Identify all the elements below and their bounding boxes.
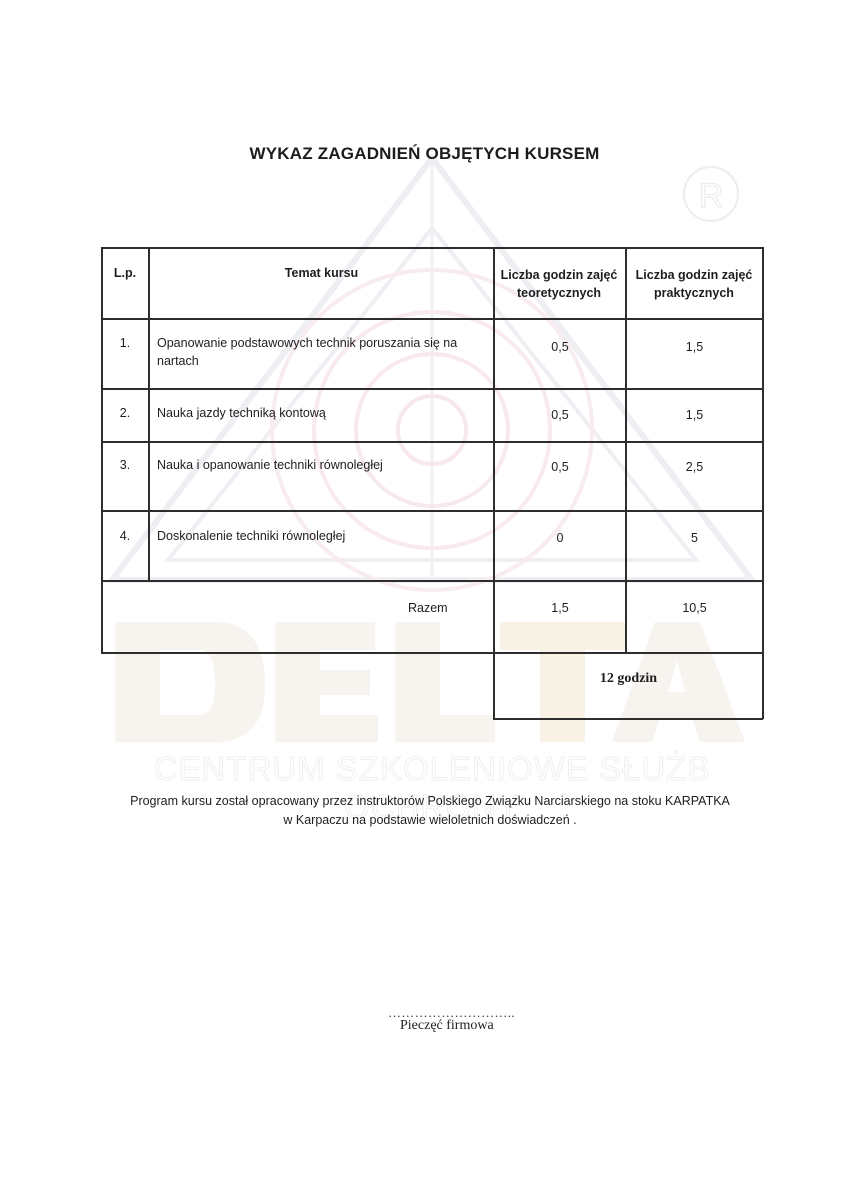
row-4-theory: 0 [494,529,626,547]
table-border-left [101,247,103,653]
table-divider [101,318,763,320]
table-divider [101,510,763,512]
row-2-theory: 0,5 [494,406,626,424]
row-4-topic: Doskonalenie techniki równoległej [157,527,487,545]
row-1-lp: 1. [101,334,149,352]
summary-theory: 1,5 [494,599,626,617]
table-divider [101,441,763,443]
table-border-right [762,247,764,719]
header-lp: L.p. [101,264,149,282]
row-4-practice: 5 [626,529,763,547]
grand-total: 12 godzin [494,670,763,688]
table-divider [101,580,763,582]
program-note: Program kursu został opracowany przez in… [100,792,760,830]
summary-label: Razem [408,599,488,617]
program-note-line-2: w Karpaczu na podstawie wieloletnich doś… [100,811,760,830]
row-2-lp: 2. [101,404,149,422]
table-divider [101,652,763,654]
row-3-practice: 2,5 [626,458,763,476]
row-3-topic: Nauka i opanowanie techniki równoległej [157,456,487,474]
summary-practice: 10,5 [626,599,763,617]
row-1-practice: 1,5 [626,338,763,356]
table-divider [493,247,495,719]
table-divider [625,247,627,653]
program-note-line-1: Program kursu został opracowany przez in… [100,792,760,811]
table-border-bottom [493,718,763,720]
header-topic: Temat kursu [149,264,494,282]
header-theory-hours: Liczba godzin zajęć teoretycznych [500,266,618,302]
header-practice-hours: Liczba godzin zajęć praktycznych [632,266,756,302]
row-4-lp: 4. [101,527,149,545]
company-stamp-label: Pieczęć firmowa [400,1018,510,1034]
row-1-topic: Opanowanie podstawowych technik poruszan… [157,334,487,370]
row-3-lp: 3. [101,456,149,474]
table-divider [101,388,763,390]
row-2-topic: Nauka jazdy techniką kontową [157,404,487,422]
row-3-theory: 0,5 [494,458,626,476]
table-border-top [101,247,763,249]
row-2-practice: 1,5 [626,406,763,424]
row-1-theory: 0,5 [494,338,626,356]
